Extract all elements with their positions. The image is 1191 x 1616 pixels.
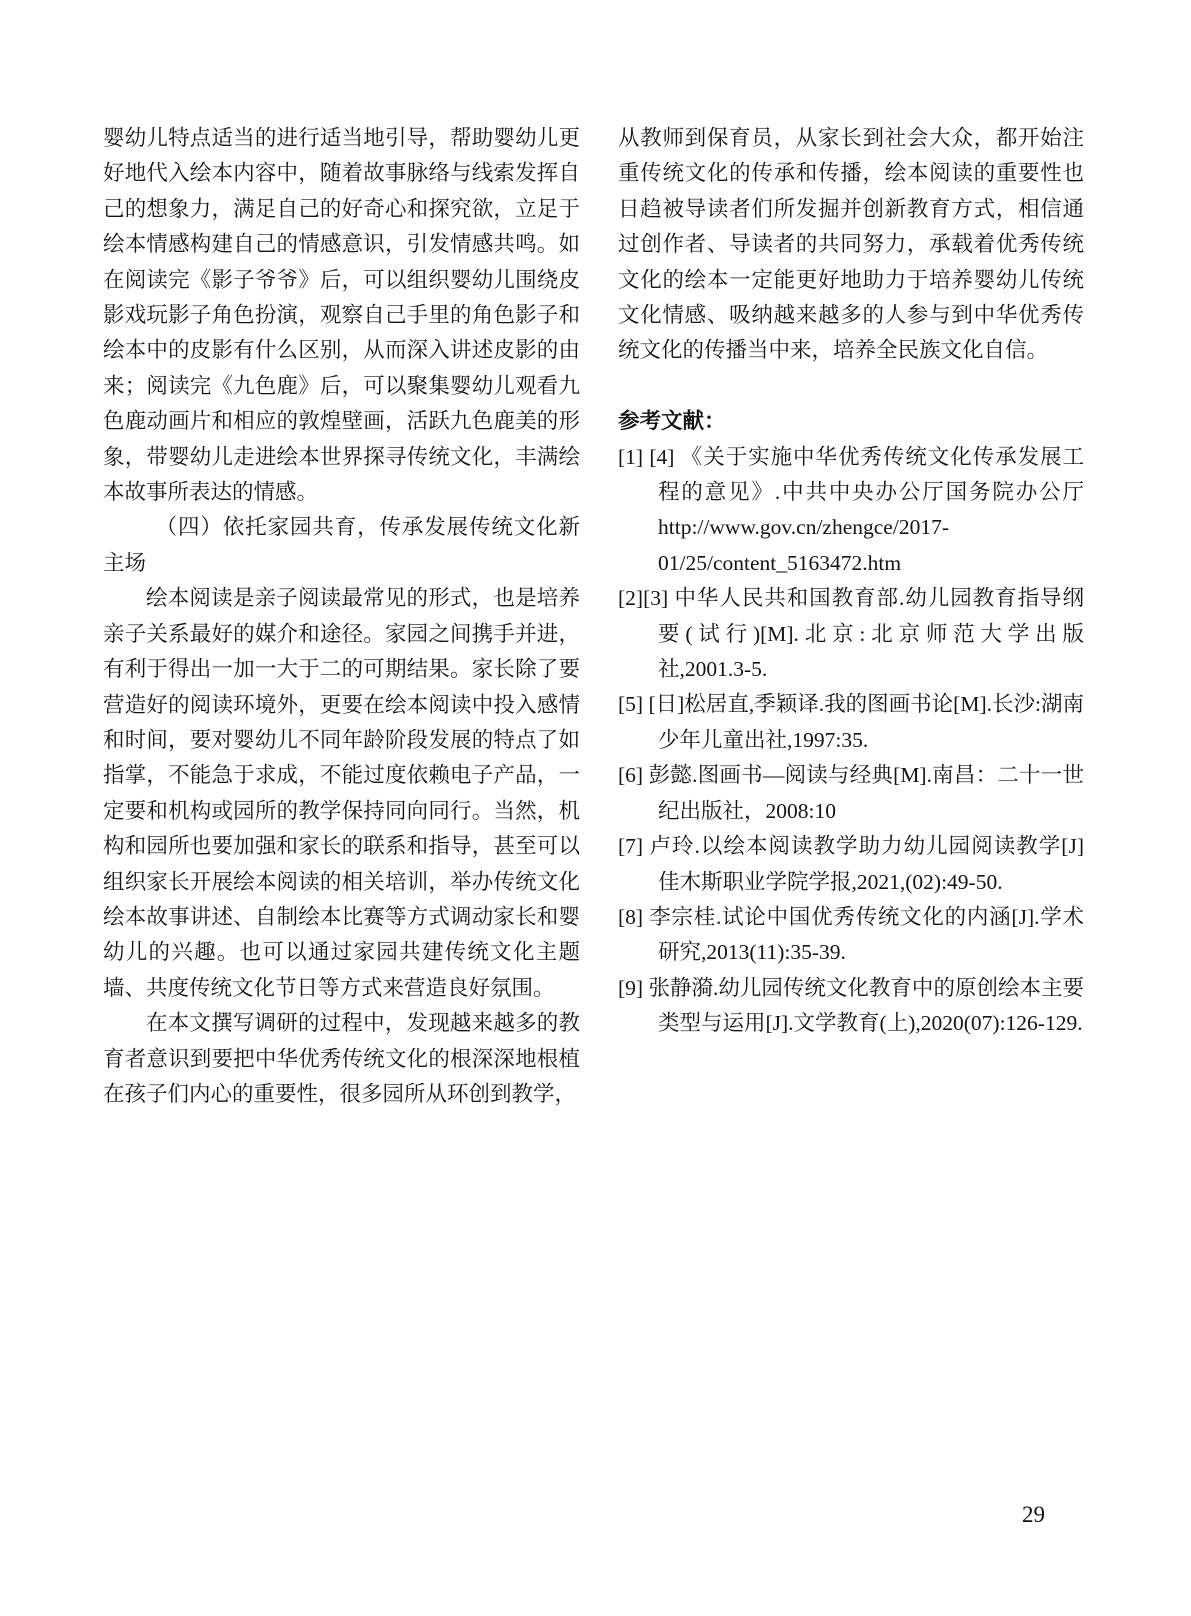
body-paragraph-research: 在本文撰写调研的过程中，发现越来越多的教育者意识到要把中华优秀传统文化的根深深地… [103,1006,580,1112]
section-heading-four: （四）依托家园共育，传承发展传统文化新主场 [103,510,580,581]
reference-item: [1] [4] 《关于实施中华优秀传统文化传承发展工程的意见》.中共中央办公厅国… [618,440,1084,582]
left-column: 婴幼儿特点适当的进行适当地引导，帮助婴幼儿更好地代入绘本内容中，随着故事脉络与线… [103,121,580,1112]
body-paragraph-guidance: 婴幼儿特点适当的进行适当地引导，帮助婴幼儿更好地代入绘本内容中，随着故事脉络与线… [103,121,580,510]
page-content: 婴幼儿特点适当的进行适当地引导，帮助婴幼儿更好地代入绘本内容中，随着故事脉络与线… [103,121,1084,1112]
reference-item: [8] 李宗桂.试论中国优秀传统文化的内涵[J].学术研究,2013(11):3… [618,900,1084,971]
right-column: 从教师到保育员，从家长到社会大众，都开始注重传统文化的传承和传播，绘本阅读的重要… [618,121,1084,1112]
references-heading: 参考文献： [618,404,1084,439]
reference-item: [9] 张静漪.幼儿园传统文化教育中的原创绘本主要类型与运用[J].文学教育(上… [618,971,1084,1042]
body-paragraph-conclusion: 从教师到保育员，从家长到社会大众，都开始注重传统文化的传承和传播，绘本阅读的重要… [618,121,1084,369]
page-number: 29 [1022,1502,1045,1528]
reference-item: [7] 卢玲.以绘本阅读教学助力幼儿园阅读教学[J]佳木斯职业学院学报,2021… [618,829,1084,900]
reference-item: [2][3] 中华人民共和国教育部.幼儿园教育指导纲要(试行)[M].北京:北京… [618,581,1084,687]
paper-page: 婴幼儿特点适当的进行适当地引导，帮助婴幼儿更好地代入绘本内容中，随着故事脉络与线… [0,0,1191,1616]
body-paragraph-family: 绘本阅读是亲子阅读最常见的形式，也是培养亲子关系最好的媒介和途径。家园之间携手并… [103,581,580,1006]
reference-item: [6] 彭懿.图画书—阅读与经典[M].南昌：二十一世纪出版社，2008:10 [618,758,1084,829]
reference-item: [5] [日]松居直,季颖译.我的图画书论[M].长沙:湖南少年儿童出社,199… [618,687,1084,758]
